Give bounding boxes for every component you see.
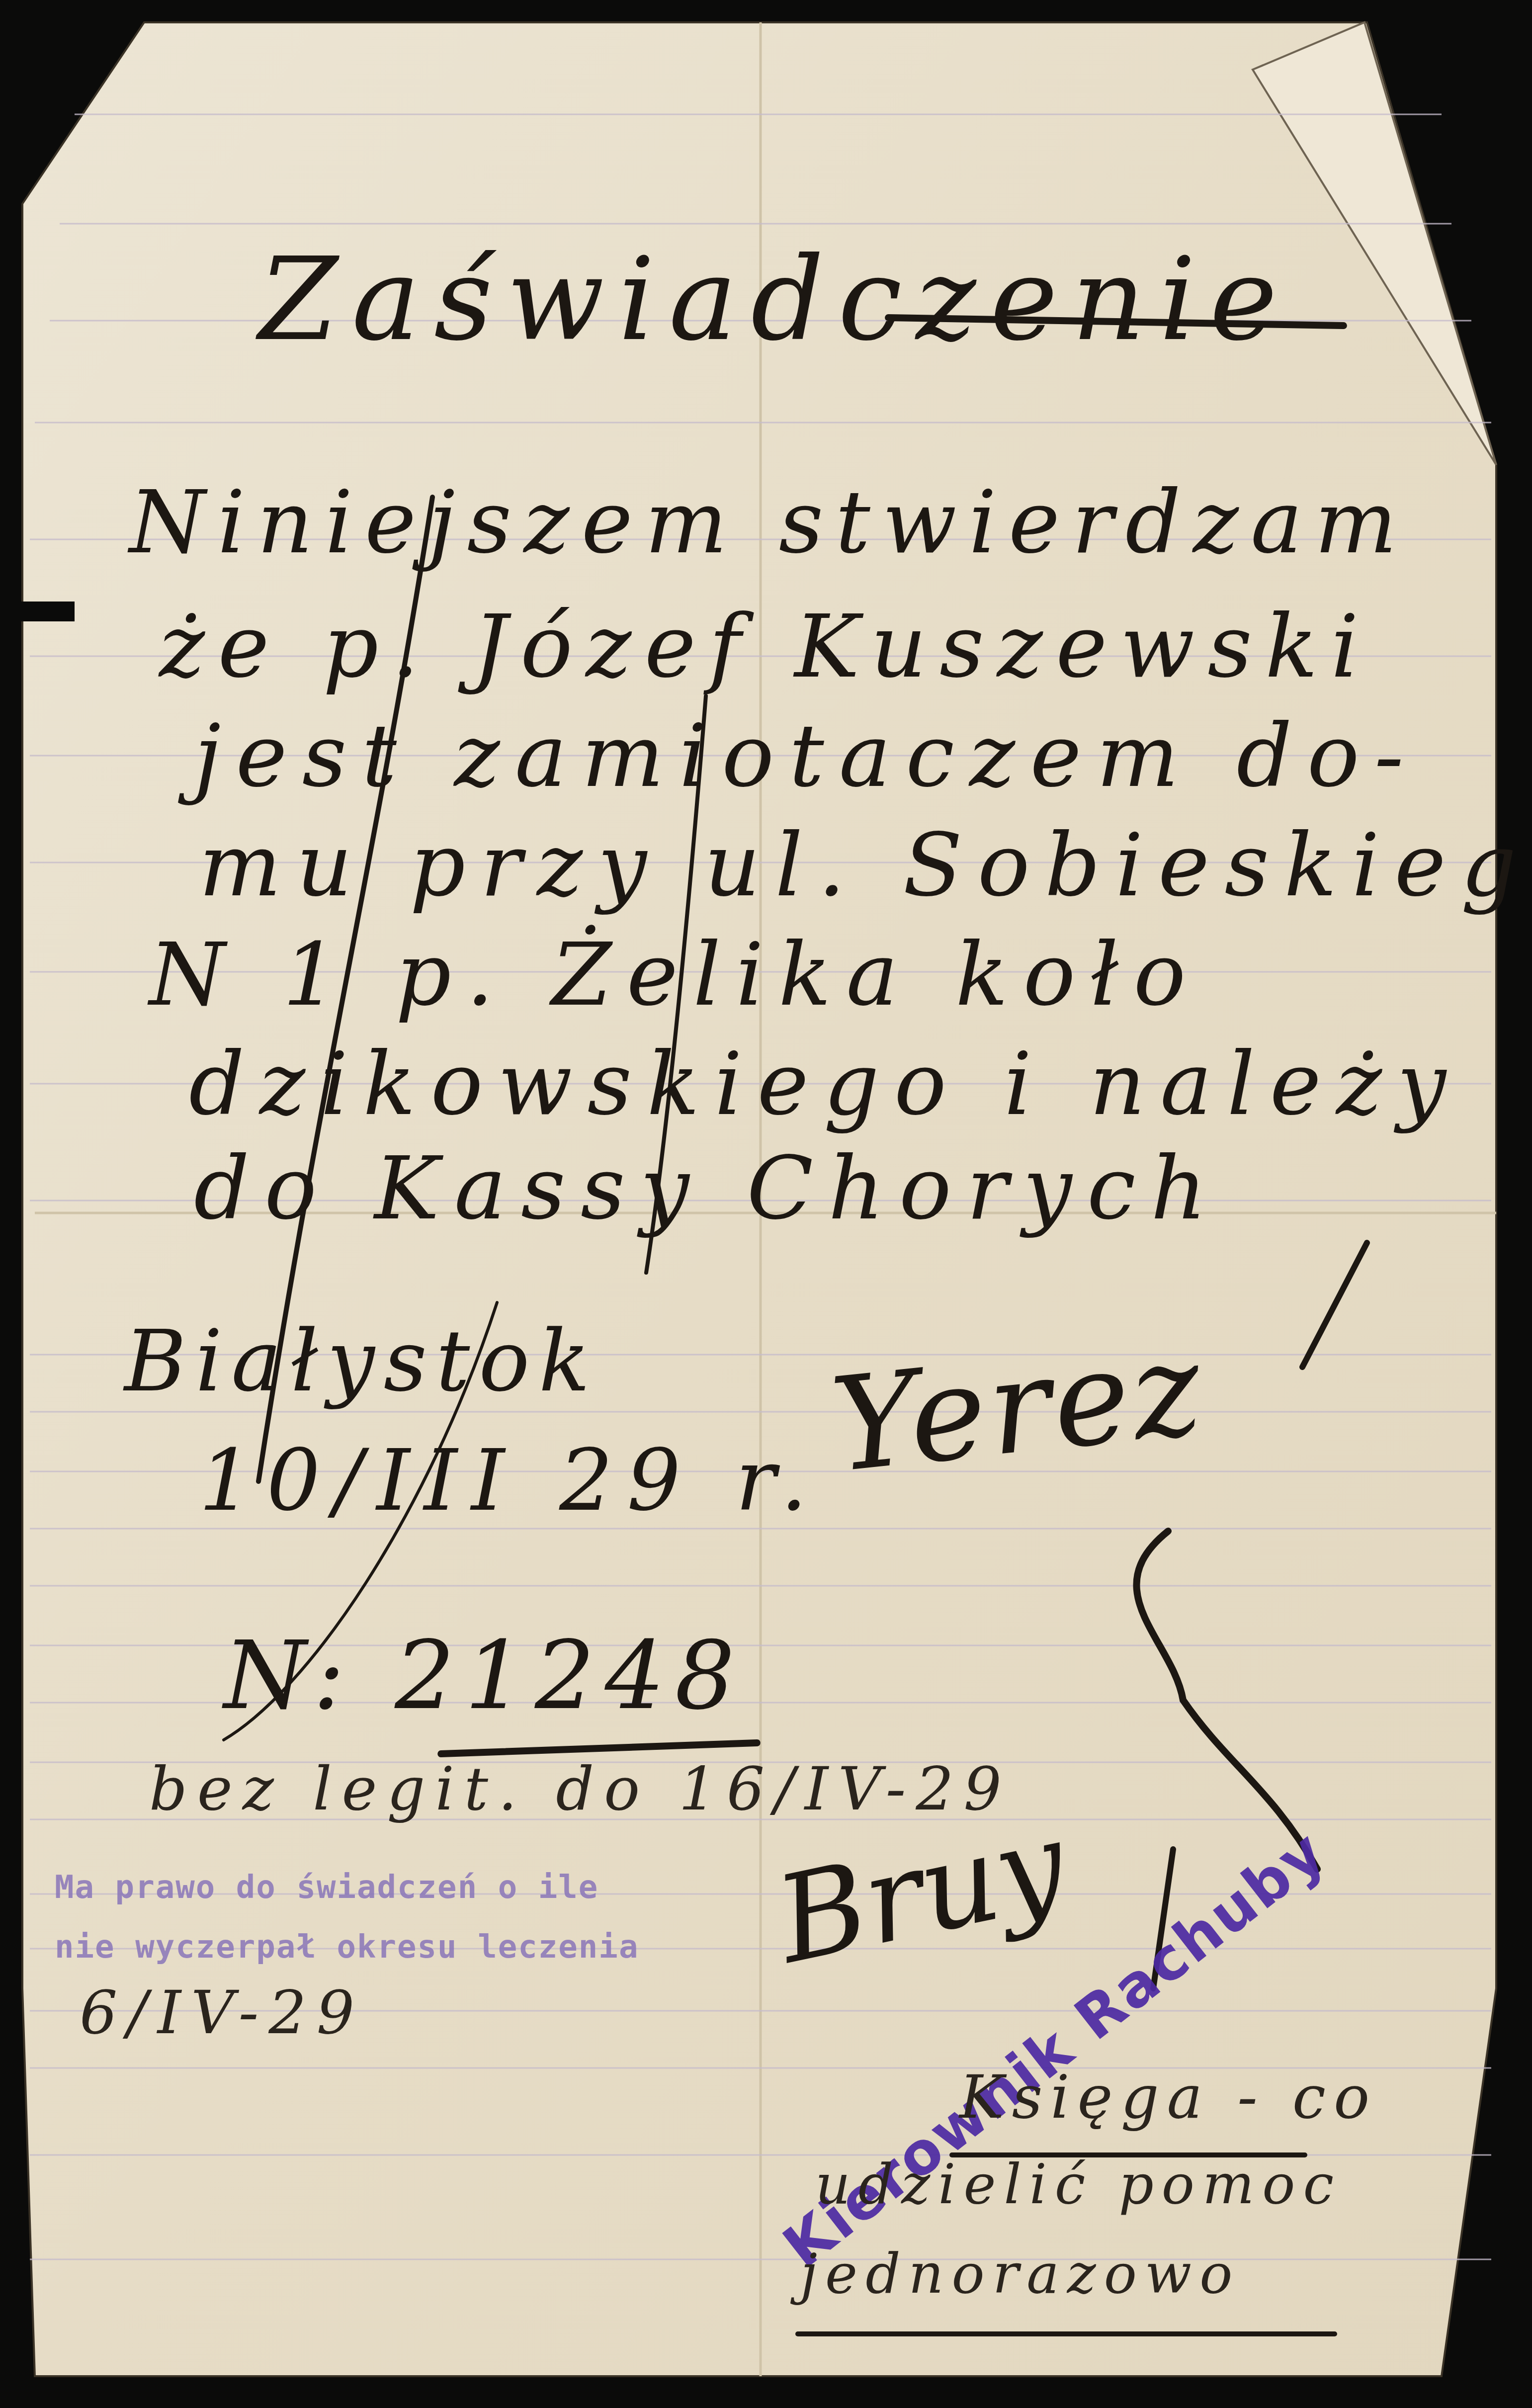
body-line-6: dzikowskiego i należy	[189, 1034, 1461, 1135]
document-title: Zaświadczenie	[258, 234, 1291, 366]
body-line-7: do Kassy Chorych	[194, 1138, 1221, 1239]
typed-stamp-line-1: Ma prawo do świadczeń o ile	[55, 1869, 598, 1906]
number-value: 21248	[395, 1621, 745, 1730]
body-line-1: Niniejszem stwierdzam	[129, 472, 1409, 573]
place-name: Białystok	[124, 1312, 599, 1411]
document-number: N: 21248	[224, 1621, 745, 1730]
annotation-right-line-3: jednorazowo	[800, 2242, 1240, 2306]
issue-date: 10/III 29 r.	[199, 1432, 821, 1530]
annotation-left-date: 6/IV-29	[80, 1978, 364, 2048]
typed-stamp-line-2: nie wyczerpał okresu leczenia	[55, 1929, 639, 1966]
annotation-right-line-2: udzielić pomoc	[815, 2152, 1342, 2216]
document-scan: Zaświadczenie Niniejszem stwierdzam że p…	[0, 0, 1532, 2408]
body-line-4: mu przy ul. Sobieskiego	[199, 815, 1532, 916]
body-line-2: że p. Józef Kuszewski	[159, 597, 1371, 697]
body-line-3: jest zamiotaczem do-	[194, 706, 1419, 807]
annotation-underline-2	[795, 2331, 1337, 2336]
number-label: N:	[224, 1621, 355, 1730]
annotation-right-line-1: Księga - co	[959, 2063, 1377, 2132]
body-line-5: N 1 p. Żelika koło	[149, 925, 1201, 1026]
annotation-note-top: bez legit. do 16/IV-29	[149, 1755, 1012, 1824]
